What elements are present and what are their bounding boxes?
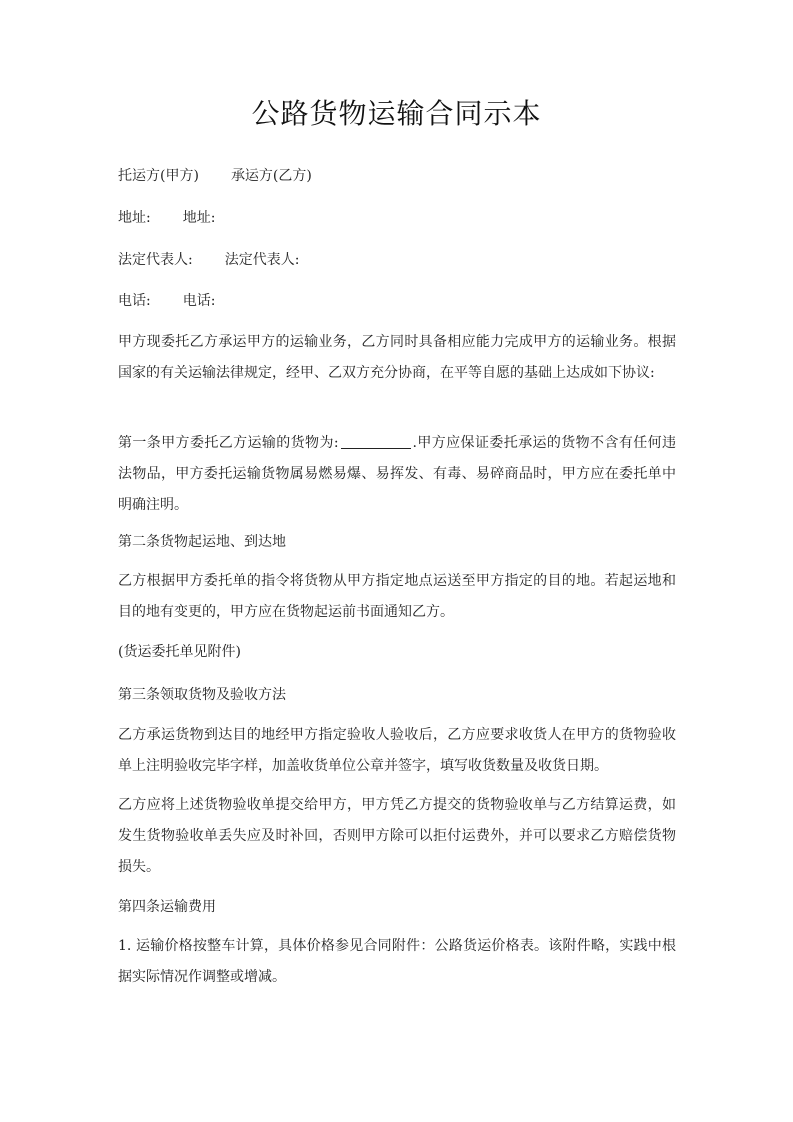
parties-row: 托运方(甲方)承运方(乙方) xyxy=(118,166,678,186)
carrier-label: 承运方(乙方) xyxy=(231,168,312,184)
article-2-note: (货运委托单见附件) xyxy=(118,637,676,668)
legal-rep-label-a: 法定代表人: xyxy=(118,252,193,268)
document-title: 公路货物运输合同示本 xyxy=(0,94,793,134)
goods-blank-field[interactable] xyxy=(341,434,411,449)
legal-rep-label-b: 法定代表人: xyxy=(225,252,300,268)
article-4-item-1: 1. 运输价格按整车计算，具体价格参见合同附件：公路货运价格表。该附件略，实践中… xyxy=(118,931,676,993)
article-2-body: 乙方根据甲方委托单的指令将货物从甲方指定地点运送至甲方指定的目的地。若起运地和目… xyxy=(118,566,676,628)
article-3-body-2: 乙方应将上述货物验收单提交给甲方，甲方凭乙方提交的货物验收单与乙方结算运费，如发… xyxy=(118,790,676,883)
phone-label-b: 电话: xyxy=(183,293,216,309)
phone-row: 电话:电话: xyxy=(118,291,678,311)
address-row: 地址:地址: xyxy=(118,208,678,228)
article-3-heading: 第三条领取货物及验收方法 xyxy=(118,680,676,711)
article-2-heading: 第二条货物起运地、到达地 xyxy=(118,527,676,558)
legal-rep-row: 法定代表人:法定代表人: xyxy=(118,250,678,270)
article-4-heading: 第四条运输费用 xyxy=(118,892,676,923)
document-page: 公路货物运输合同示本 托运方(甲方)承运方(乙方) 地址:地址: 法定代表人:法… xyxy=(0,0,793,1122)
intro-paragraph: 甲方现委托乙方承运甲方的运输业务，乙方同时具备相应能力完成甲方的运输业务。根据国… xyxy=(118,327,676,389)
consignor-label: 托运方(甲方) xyxy=(118,168,199,184)
address-label-b: 地址: xyxy=(183,210,216,226)
article-1-paragraph: 第一条甲方委托乙方运输的货物为:.甲方应保证委托承运的货物不含有任何违法物品，甲… xyxy=(118,428,676,521)
phone-label-a: 电话: xyxy=(118,293,151,309)
article-1-prefix: 第一条甲方委托乙方运输的货物为: xyxy=(118,435,339,451)
address-label-a: 地址: xyxy=(118,210,151,226)
article-3-body-1: 乙方承运货物到达目的地经甲方指定验收人验收后，乙方应要求收货人在甲方的货物验收单… xyxy=(118,720,676,782)
